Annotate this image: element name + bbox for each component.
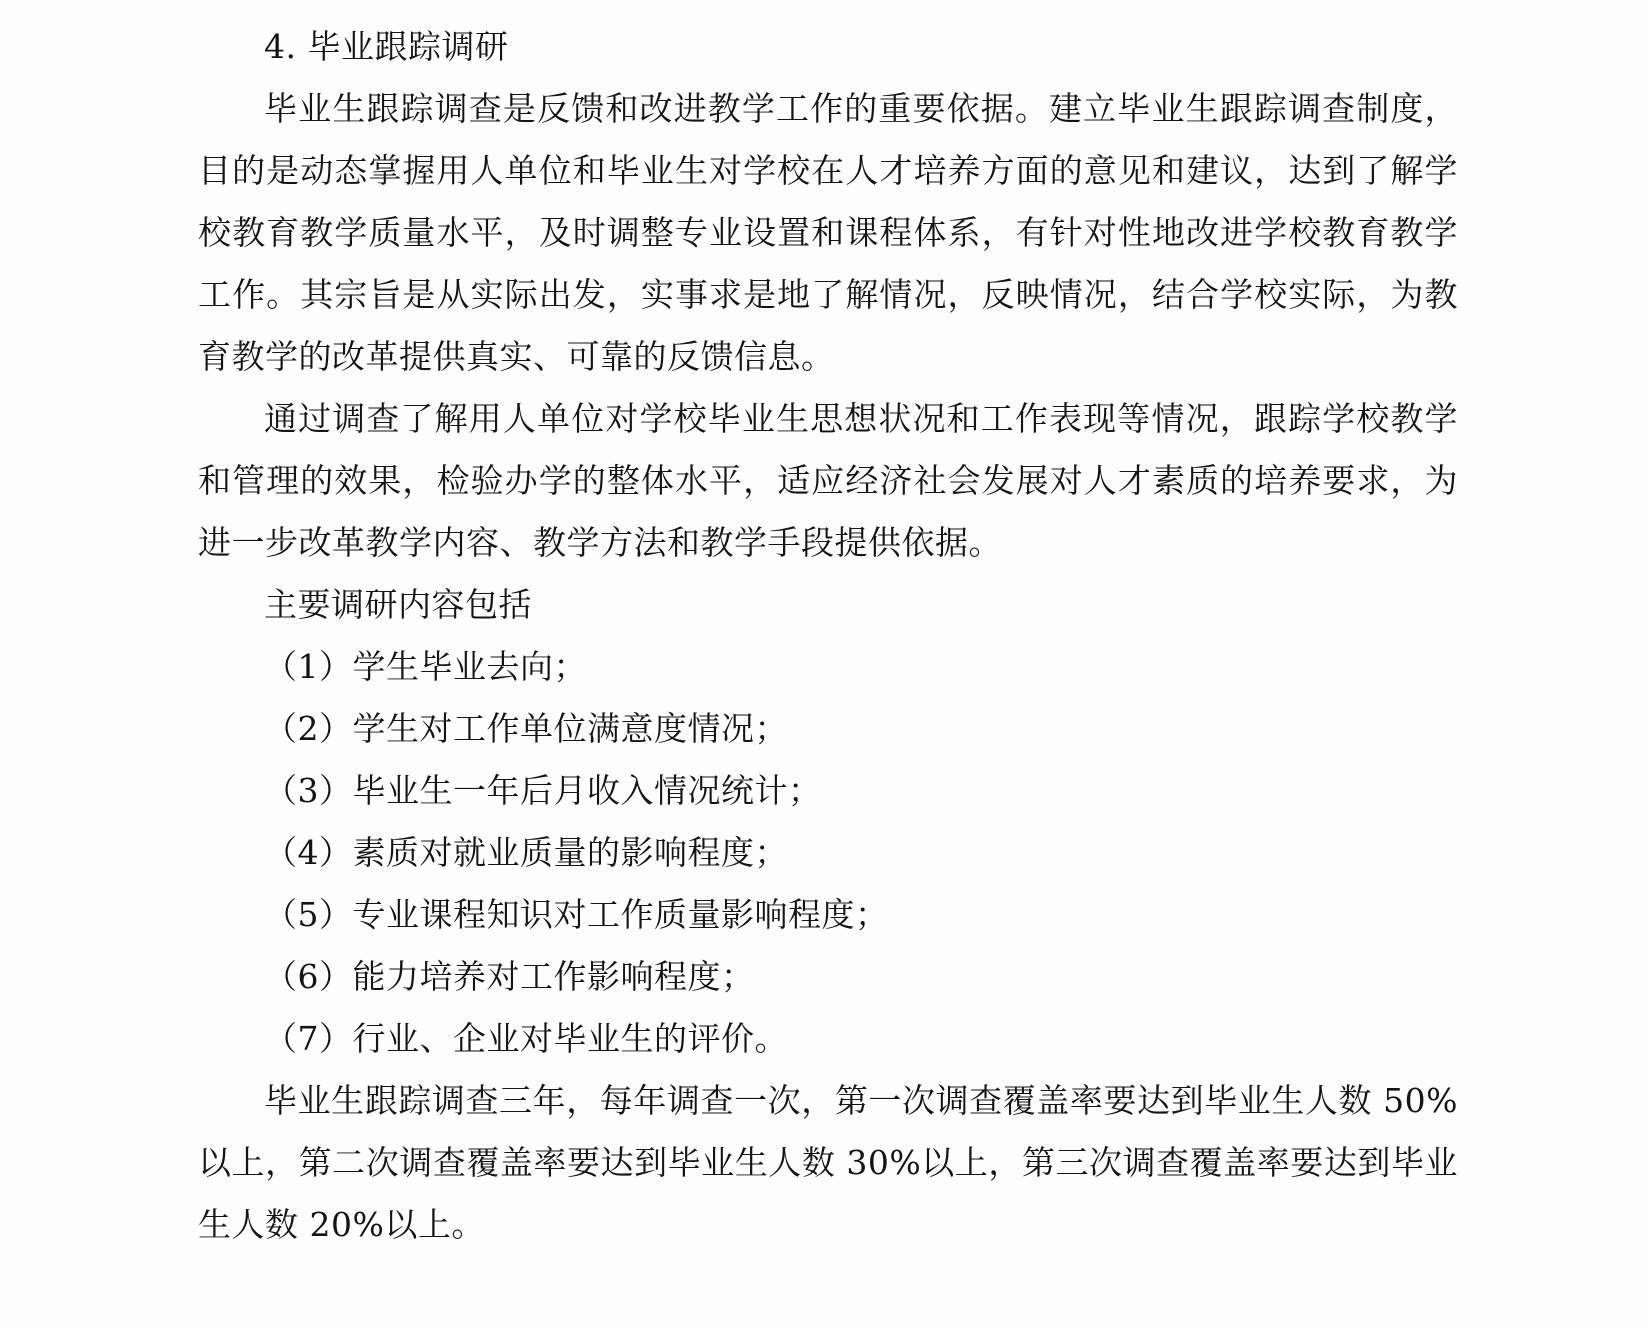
paragraph-survey-purpose: 毕业生跟踪调查是反馈和改进教学工作的重要依据。建立毕业生跟踪调查制度，目的是动态… bbox=[198, 78, 1458, 388]
document-page: 4. 毕业跟踪调研 毕业生跟踪调查是反馈和改进教学工作的重要依据。建立毕业生跟踪… bbox=[0, 0, 1648, 1328]
list-intro: 主要调研内容包括 bbox=[198, 574, 1458, 636]
survey-item-6: （6）能力培养对工作影响程度； bbox=[198, 946, 1458, 1008]
survey-item-5: （5）专业课程知识对工作质量影响程度； bbox=[198, 884, 1458, 946]
paragraph-survey-effect: 通过调查了解用人单位对学校毕业生思想状况和工作表现等情况，跟踪学校教学和管理的效… bbox=[198, 388, 1458, 574]
survey-item-7: （7）行业、企业对毕业生的评价。 bbox=[198, 1008, 1458, 1070]
survey-item-4: （4）素质对就业质量的影响程度； bbox=[198, 822, 1458, 884]
survey-item-2: （2）学生对工作单位满意度情况； bbox=[198, 698, 1458, 760]
survey-item-3: （3）毕业生一年后月收入情况统计； bbox=[198, 760, 1458, 822]
paragraph-coverage-requirements: 毕业生跟踪调查三年，每年调查一次，第一次调查覆盖率要达到毕业生人数 50%以上，… bbox=[198, 1070, 1458, 1256]
section-heading: 4. 毕业跟踪调研 bbox=[198, 16, 1458, 78]
survey-item-1: （1）学生毕业去向； bbox=[198, 636, 1458, 698]
